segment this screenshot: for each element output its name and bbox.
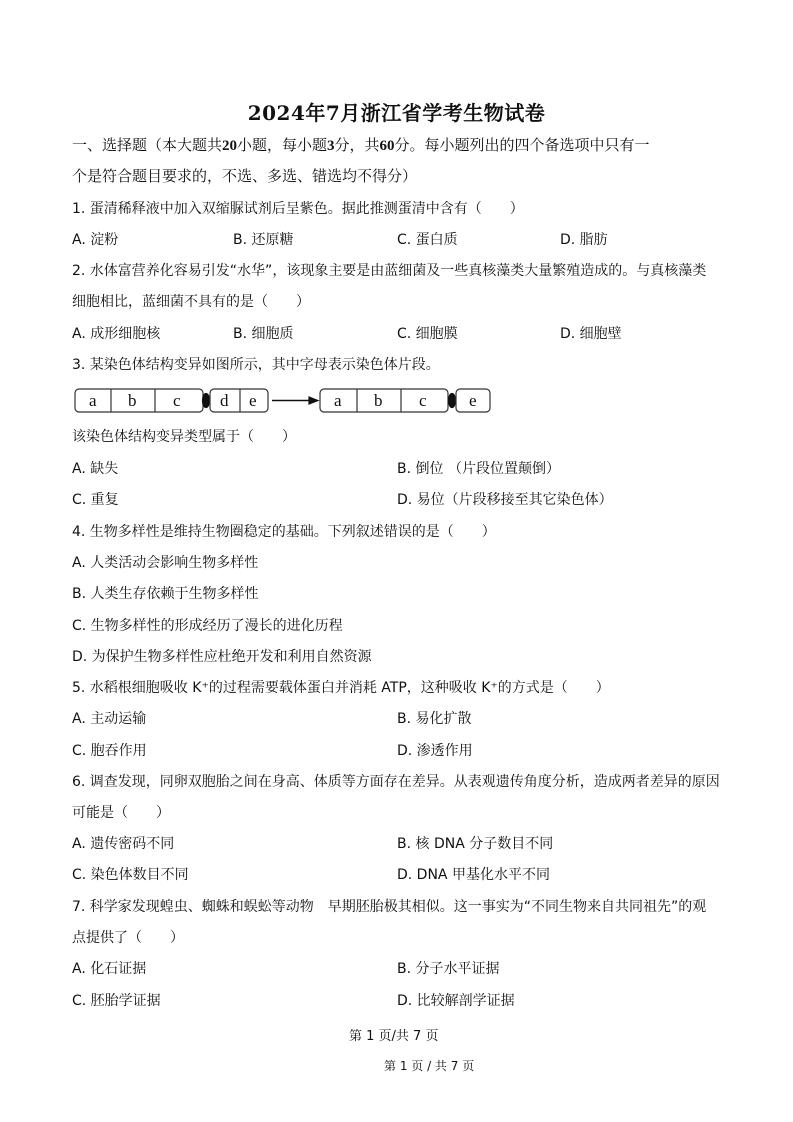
q2-option-b[interactable]: B. 细胞质 [233, 325, 294, 343]
question-6-stem-line2: 可能是（ ） [72, 804, 170, 822]
question-7-stem-line2: 点提供了（ ） [72, 929, 184, 947]
segment-label: e [469, 392, 477, 410]
question-4-stem: 4. 生物多样性是维持生物圈稳定的基础。下列叙述错误的是（ ） [72, 523, 496, 541]
points-per-question: 3 [327, 138, 335, 154]
page-number-inner: 第 1 页/共 7 页 [349, 1025, 438, 1044]
centromere-before [203, 394, 210, 408]
q2-option-c[interactable]: C. 细胞膜 [397, 325, 458, 343]
q3-option-c[interactable]: C. 重复 [72, 491, 119, 509]
q5-option-d[interactable]: D. 渗透作用 [397, 742, 473, 760]
q6-option-d[interactable]: D. DNA 甲基化水平不同 [397, 866, 550, 884]
q3-option-d[interactable]: D. 易位（片段移接至其它染色体） [397, 491, 613, 509]
question-count: 20 [222, 138, 237, 154]
centromere-after [449, 394, 456, 408]
q4-option-b[interactable]: B. 人类生存依赖于生物多样性 [72, 585, 259, 603]
q5-option-b[interactable]: B. 易化扩散 [397, 710, 472, 728]
section-text: 分，共 [335, 136, 380, 154]
segment-label: c [419, 392, 427, 410]
q6-option-c[interactable]: C. 染色体数目不同 [72, 866, 189, 884]
question-2-stem-line1: 2. 水体富营养化容易引发“水华”，该现象主要是由蓝细菌及一些真核藻类大量繁殖造… [72, 262, 706, 280]
section-text: 分。每小题列出的四个备选项中只有一 [395, 136, 650, 154]
arrow-head [309, 397, 318, 404]
q7-option-c[interactable]: C. 胚胎学证据 [72, 992, 161, 1010]
question-5-stem: 5. 水稻根细胞吸收 K⁺的过程需要载体蛋白并消耗 ATP，这种吸收 K⁺的方式… [72, 679, 610, 697]
page-number-outer: 第 1 页 / 共 7 页 [384, 1057, 474, 1074]
segment-label: c [173, 392, 181, 410]
q1-option-a[interactable]: A. 淀粉 [72, 231, 118, 249]
q4-option-a[interactable]: A. 人类活动会影响生物多样性 [72, 554, 258, 572]
q1-option-c[interactable]: C. 蛋白质 [397, 231, 458, 249]
q4-option-d[interactable]: D. 为保护生物多样性应杜绝开发和利用自然资源 [72, 648, 372, 666]
q6-option-b[interactable]: B. 核 DNA 分子数目不同 [397, 835, 553, 853]
segment-label: b [128, 392, 137, 410]
q5-option-c[interactable]: C. 胞吞作用 [72, 742, 147, 760]
section-text: 小题，每小题 [237, 136, 327, 154]
question-7-stem-line1: 7. 科学家发现蝗虫、蜘蛛和蜈蚣等动物 早期胚胎极其相似。这一事实为“不同生物来… [72, 898, 706, 916]
question-6-stem-line1: 6. 调查发现，同卵双胞胎之间在身高、体质等方面存在差异。从表观遗传角度分析，造… [72, 773, 720, 791]
q2-option-d[interactable]: D. 细胞壁 [560, 325, 622, 343]
q5-option-a[interactable]: A. 主动运输 [72, 710, 146, 728]
q6-option-a[interactable]: A. 遗传密码不同 [72, 835, 174, 853]
q1-option-b[interactable]: B. 还原糖 [233, 231, 294, 249]
segment-label: e [249, 392, 257, 410]
q2-option-a[interactable]: A. 成形细胞核 [72, 325, 160, 343]
section-text: 一、选择题（本大题共 [72, 136, 222, 154]
q7-option-a[interactable]: A. 化石证据 [72, 960, 146, 978]
q4-option-c[interactable]: C. 生物多样性的形成经历了漫长的进化历程 [72, 617, 343, 635]
question-2-stem-line2: 细胞相比，蓝细菌不具有的是（ ） [72, 293, 310, 311]
question-1-stem: 1. 蛋清稀释液中加入双缩脲试剂后呈紫色。据此推测蛋清中含有（ ） [72, 200, 524, 218]
segment-label: b [374, 392, 383, 410]
section-header-line2: 个是符合题目要求的，不选、多选、错选均不得分） [72, 167, 417, 185]
chromosome-before-arm-de [210, 389, 268, 412]
page-title: 2024年7月浙江省学考生物试卷 [0, 97, 793, 126]
q1-option-d[interactable]: D. 脂肪 [560, 231, 608, 249]
segment-label: d [220, 392, 229, 410]
question-3-stem-line1: 3. 某染色体结构变异如图所示，其中字母表示染色体片段。 [72, 356, 440, 374]
q7-option-d[interactable]: D. 比较解剖学证据 [397, 992, 515, 1010]
segment-label: a [334, 392, 342, 410]
section-header-line1: 一、选择题（本大题共20小题，每小题3分，共60分。每小题列出的四个备选项中只有… [72, 136, 650, 155]
q7-option-b[interactable]: B. 分子水平证据 [397, 960, 500, 978]
q3-option-a[interactable]: A. 缺失 [72, 460, 118, 478]
q3-option-b[interactable]: B. 倒位 （片段位置颠倒） [397, 460, 560, 478]
segment-label: a [89, 392, 97, 410]
question-3-stem-line2: 该染色体结构变异类型属于（ ） [72, 428, 296, 446]
total-points: 60 [380, 138, 395, 154]
